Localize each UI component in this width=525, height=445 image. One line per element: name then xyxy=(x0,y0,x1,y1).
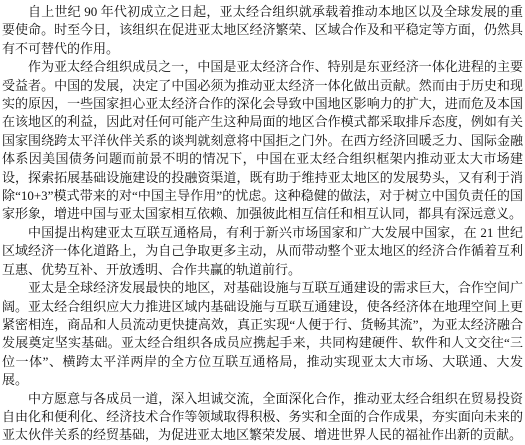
paragraph-china-willingness: 中方愿意与各成员一道，深入坦诚交流，全面深化合作，推动亚太经合组织在贸易投资自由… xyxy=(2,390,523,445)
paragraph-apec-mission: 自上世纪 90 年代初成立之日起，亚太经合组织就承载着推动本地区以及全球发展的重… xyxy=(2,3,523,58)
paragraph-china-role: 作为亚太经合组织成员之一，中国是亚太经济合作、特别是东亚经济一体化进程的主要受益… xyxy=(2,58,523,224)
paragraph-infrastructure-cooperation: 亚太是全球经济发展最快的地区，对基础设施与互联互通建设的需求巨大，合作空间广阔。… xyxy=(2,279,523,389)
paragraph-connectivity-proposal: 中国提出构建亚太互联互通格局，有利于新兴市场国家和广大发展中国家，在 21 世纪… xyxy=(2,224,523,279)
document-page: 自上世纪 90 年代初成立之日起，亚太经合组织就承载着推动本地区以及全球发展的重… xyxy=(0,0,525,445)
